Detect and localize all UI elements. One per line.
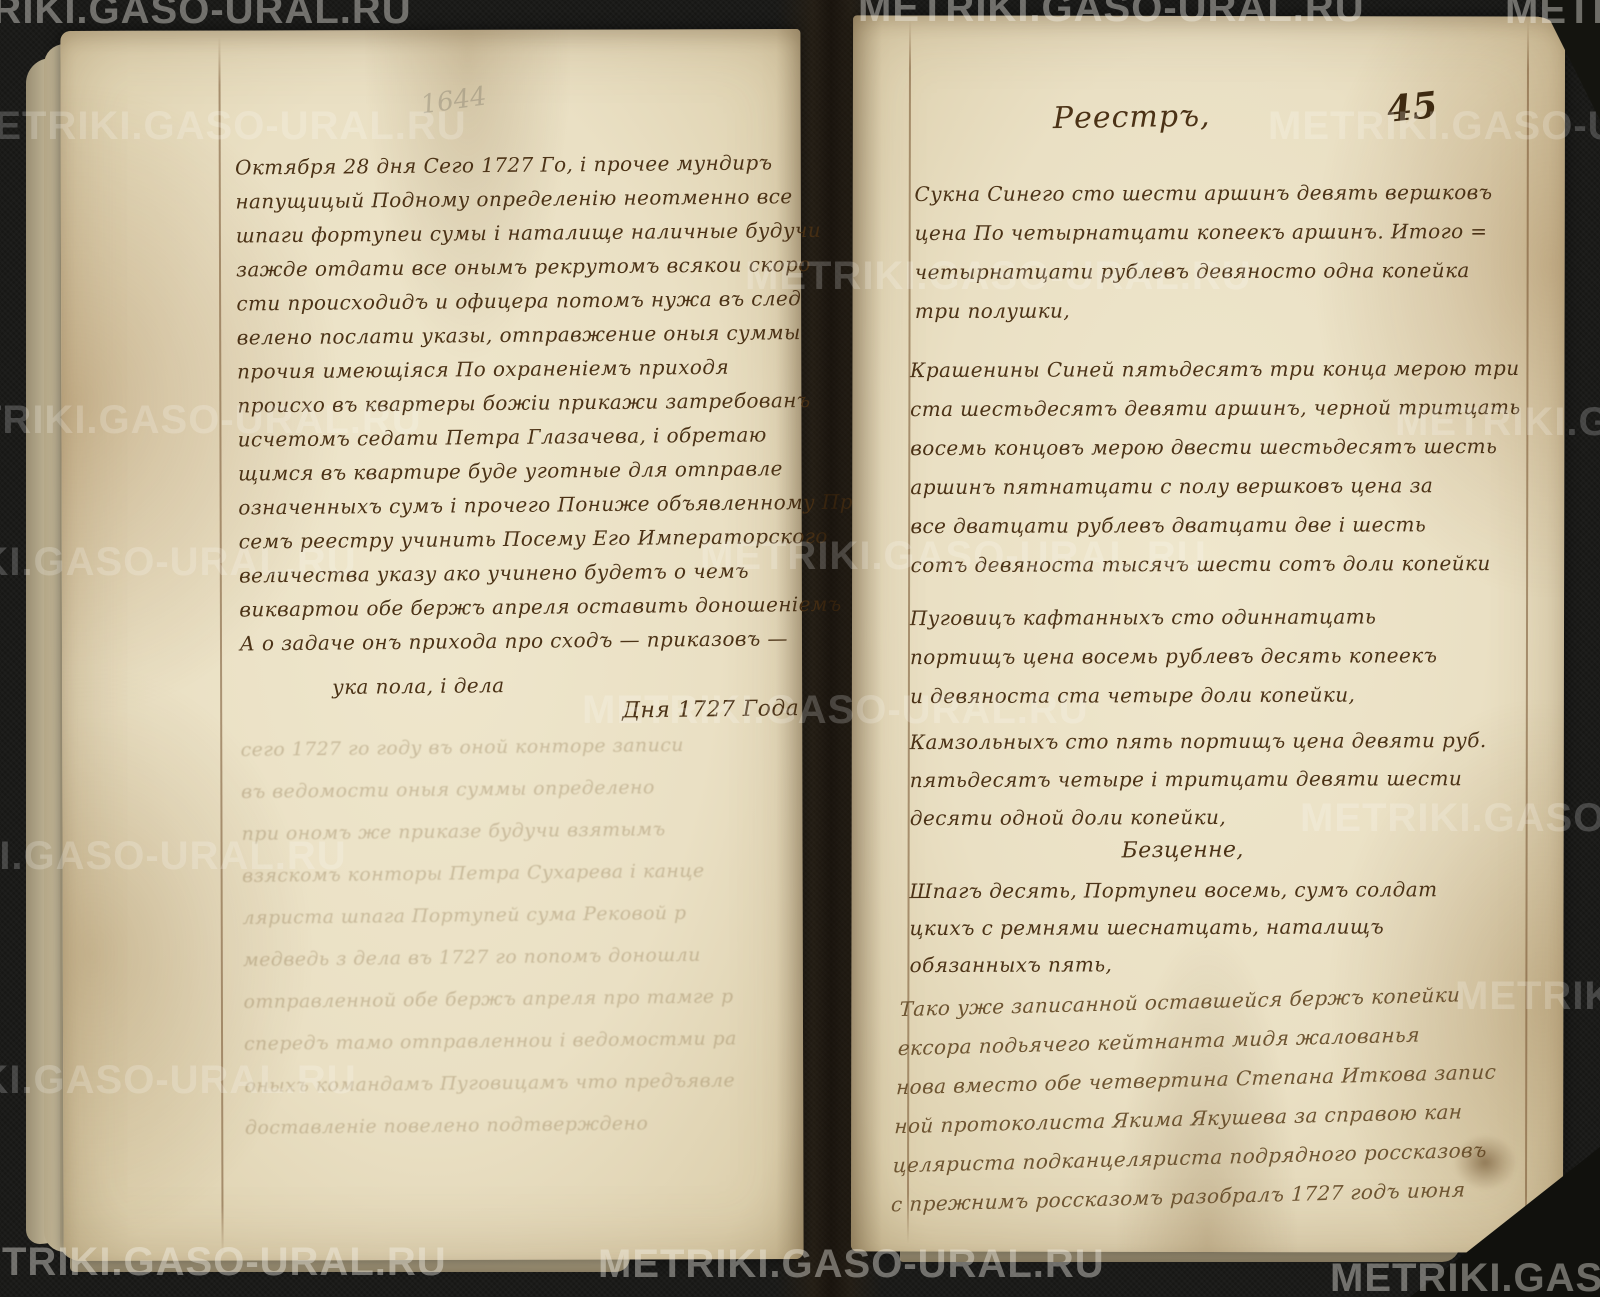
manuscript-line: портищъ цена восемь рублевъ десять копее… xyxy=(910,636,1520,677)
bleedthrough-line: ляриста шпага Портупей сума Рековой р xyxy=(242,891,802,939)
watermark-text: METRIKI.GASO-URAL.RU xyxy=(0,104,467,149)
manuscript-line: Крашенины Синей пятьдесятъ три конца мер… xyxy=(910,349,1520,390)
register-paragraph-1: Сукна Синего сто шести аршинъ девять вер… xyxy=(914,173,1515,331)
right-page: 45 Реестръ, Сукна Синего сто шести аршин… xyxy=(851,15,1565,1252)
manuscript-line: Октября 28 дня Сего 1727 Го, і прочее му… xyxy=(235,145,810,185)
left-page-closing-line: ука пола, і дела xyxy=(332,673,505,699)
manuscript-line: Сукна Синего сто шести аршинъ девять вер… xyxy=(914,173,1514,214)
right-page-subheader: Безценне, xyxy=(1122,838,1244,864)
watermark-text: METRIKI.GASO-URAL.RU xyxy=(858,0,1365,31)
bleedthrough-line: отправленной обе бержъ апреля про тамге … xyxy=(243,975,803,1023)
manuscript-line: зажде отдати все онымъ рекрутомъ всякои … xyxy=(236,247,811,287)
manuscript-line: напущицый Подному определенію неотменно … xyxy=(235,179,810,219)
watermark-text: METRIKI.GASO-URAL.RU xyxy=(0,0,412,33)
manuscript-scan: 1644 Октября 28 дня Сего 1727 Го, і проч… xyxy=(0,0,1600,1297)
watermark-text: METRIKI.GASO-URAL.RU xyxy=(1395,400,1600,445)
watermark-text: METRIKI.GASO-URAL.RU xyxy=(0,834,347,879)
list-paragraph: Шпагъ десять, Портупеи восемь, сумъ солд… xyxy=(909,871,1519,984)
watermark-text: METRIKI.GASO-URAL.RU xyxy=(745,254,1252,299)
watermark-text: METRIKI.GASO-URAL.RU xyxy=(0,540,357,585)
manuscript-line: означенныхъ сумъ і прочего Пониже объявл… xyxy=(238,485,813,525)
manuscript-line: цена По четырнатцати копеекъ аршинъ. Ито… xyxy=(915,212,1515,253)
watermark-text: METRIKI.GASO-URAL.RU xyxy=(1268,104,1600,149)
watermark-text: METRIKI.GASO-URAL.RU xyxy=(1455,974,1600,1019)
manuscript-line: виквартои обе бержъ апреля оставить доно… xyxy=(239,587,814,627)
manuscript-line: Пуговицъ кафтанныхъ сто одиннатцать xyxy=(910,597,1520,638)
manuscript-line: сти происходидъ и офицера потомъ нужа въ… xyxy=(236,281,811,321)
manuscript-line: щимся въ квартире буде уготные для отпра… xyxy=(238,451,813,491)
watermark-text: METRIKI.GASO-URAL.RU xyxy=(598,1242,1105,1287)
manuscript-line: аршинъ пятнатцати с полу вершковъ цена з… xyxy=(910,466,1520,507)
right-page-header: Реестръ, xyxy=(1053,99,1211,136)
bleedthrough-line: медведь з дела въ 1727 го попомъ доношли xyxy=(243,933,803,981)
clerk-note-paragraph: Тако уже записанной оставшейся бержъ коп… xyxy=(890,974,1530,1225)
watermark-text: METRIKI.GASO-URAL.RU xyxy=(0,1058,357,1103)
manuscript-line: велено послати указы, отправжение оныя с… xyxy=(237,315,812,355)
watermark-text: METRIKI.GASO-URAL.RU xyxy=(1505,0,1600,33)
watermark-text: METRIKI.GASO-URAL.RU xyxy=(0,398,422,443)
watermark-text: METRIKI.GASO-URAL.RU xyxy=(1300,796,1600,841)
bleedthrough-line: въ ведомости оныя суммы определено xyxy=(241,765,801,813)
manuscript-line: шпаги фортупеи сумы і наталище наличные … xyxy=(236,213,811,253)
watermark-text: METRIKI.GASO-URAL.RU xyxy=(582,688,1089,733)
manuscript-line: цкихъ с ремнями шеснатцать, наталищъ xyxy=(909,908,1519,947)
watermark-text: METRIKI.GASO-URAL.RU xyxy=(1330,1256,1600,1297)
bleedthrough-line: доставленіе повелено подтверждено xyxy=(245,1101,805,1149)
manuscript-line: пятьдесятъ четыре і тритцати девяти шест… xyxy=(910,759,1520,799)
manuscript-line: прочия имеющіяся По охраненіемъ приходя xyxy=(237,349,812,389)
watermark-text: METRIKI.GASO-URAL.RU xyxy=(700,534,1207,579)
watermark-text: METRIKI.GASO-URAL.RU xyxy=(0,1240,447,1285)
ink-blot xyxy=(1453,1134,1517,1190)
manuscript-line: А о задаче онъ прихода про сходъ — прика… xyxy=(240,621,815,661)
manuscript-line: Шпагъ десять, Портупеи восемь, сумъ солд… xyxy=(909,871,1519,910)
